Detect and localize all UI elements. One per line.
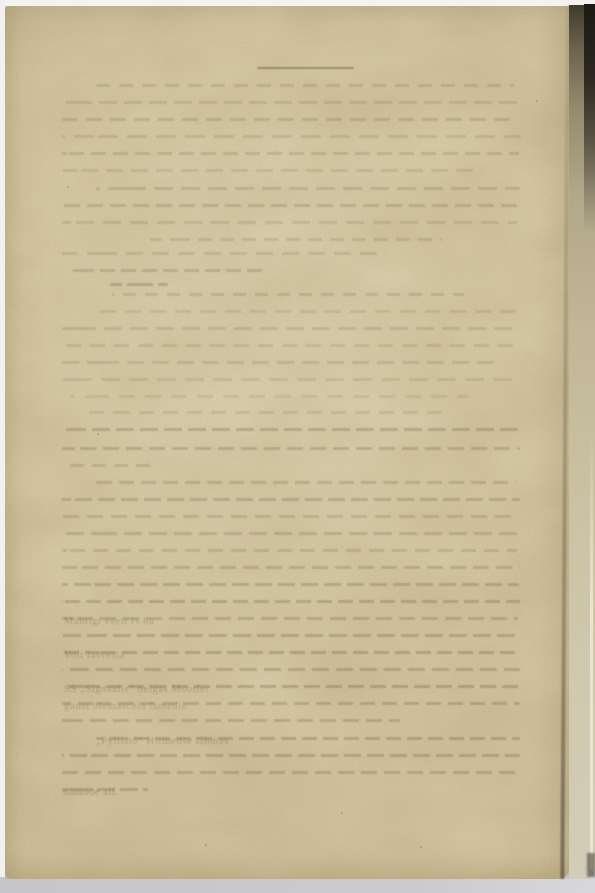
text-line [80,411,442,414]
ink-speck [67,186,69,188]
text-fragment: SS „Signaalis“ belgas Mootler [64,684,209,695]
text-line [62,771,518,774]
text-line [112,293,464,296]
text-line [62,668,520,671]
page-edge-highlight [590,430,593,870]
text-line [96,187,520,190]
text-line [62,378,520,381]
text-fragment: Mahtigi veett tv.ba [64,616,154,627]
ink-speck [420,846,422,848]
scanner-background-bottom [0,877,595,893]
text-line [62,754,520,757]
text-line [62,651,519,654]
text-line [62,344,518,347]
text-line [70,395,468,398]
text-line [62,464,150,467]
text-line [96,310,516,313]
paper-page: Mahtigi veett tv.baVoit lasvestaSS „Sign… [5,6,571,879]
scanned-document-view: Mahtigi veett tv.baVoit lasvestaSS „Sign… [0,0,595,893]
page-edge-dark-notch [587,853,595,877]
text-fragment: namode all. [63,787,119,798]
text-line [62,428,520,431]
text-line [110,283,168,286]
ink-speck [97,433,99,435]
text-line [62,498,520,501]
text-fragment: „Pyllistõ“ Hirmedse lähmas [96,736,229,747]
ink-speck [536,100,538,102]
text-line [62,532,520,535]
text-line [70,269,265,272]
text-line [96,84,514,87]
text-fragment: guust olemaschia lamedik [64,701,187,712]
text-line [62,204,520,207]
text-line [62,152,519,155]
text-line [62,583,519,586]
ink-speck [341,812,343,814]
text-line [62,252,387,255]
text-line [62,515,518,518]
text-line [62,221,517,224]
ink-speck [205,844,207,846]
text-line [96,481,516,484]
text-line [62,169,482,172]
text-line [62,361,502,364]
text-line [62,719,400,722]
spine-shadow-top-right [584,4,595,234]
text-line [62,566,520,569]
text-line [62,135,521,138]
text-line [62,118,518,121]
text-fragment: Voit lasvesta [64,650,125,661]
text-line [62,327,520,330]
text-line [62,600,520,603]
text-line [150,238,442,241]
text-line [62,447,520,450]
text-line [62,549,517,552]
text-line [62,634,520,637]
text-line [62,101,520,104]
text-block: Mahtigi veett tv.baVoit lasvestaSS „Sign… [5,6,571,879]
